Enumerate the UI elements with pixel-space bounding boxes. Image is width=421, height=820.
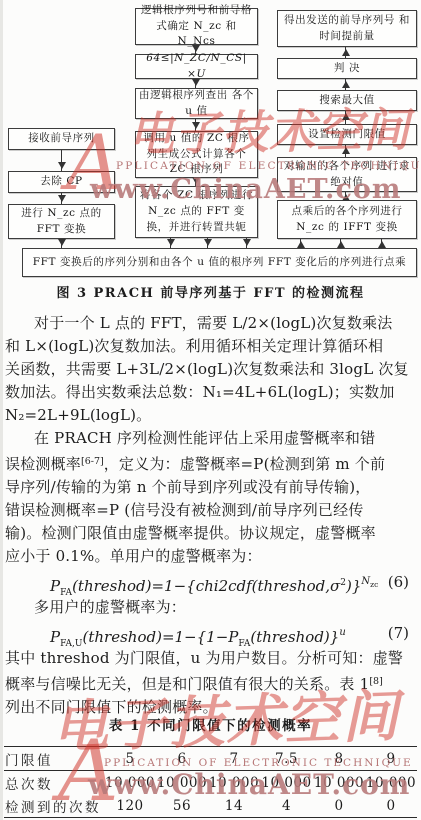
paper-page: 接收前导序列 去除 CP 进行 N_zc 点的 FFT 变换 逻辑根序列号和前导… [0, 0, 421, 820]
table-cell: 7 [208, 747, 260, 771]
table-cell: 14 [208, 794, 260, 818]
eq-body: (threshod)=1−{chi2cdf(threshod,σ [72, 577, 340, 595]
arrow-down-connector [57, 150, 66, 171]
table-cell: 10 000 [313, 771, 365, 795]
line-text: 概率与信噪比无关，但是和门限值有很大的关系。表 1 [5, 675, 369, 693]
equation-number: (7) [388, 619, 409, 647]
arrow-down-connector [57, 193, 66, 204]
paragraph-line: 其中 threshod 为门限值，u 为用户数目。分析可知：虚警 [5, 647, 417, 670]
arrow-up-connector [341, 145, 350, 157]
arrow-up-connector [341, 79, 350, 90]
flow-box-dot-product: FFT 变换后的序列分别和由各个 u 值的根序列 FFT 变化后的序列进行点乘 [22, 248, 417, 277]
flow-box-remove-cp: 去除 CP [8, 171, 115, 193]
table1-wrapper: 门限值 5 6 7 7.5 8 9 总次数 10 000 10 000 10 0… [4, 746, 417, 818]
eq-subscript: FA [60, 588, 72, 598]
eq-exponent: u [339, 627, 345, 638]
eq-symbol: P [50, 628, 60, 646]
table-cell: 10 000 [104, 771, 156, 795]
table-cell: 8 [313, 747, 365, 771]
eq-symbol: N [361, 576, 370, 587]
arrow-up-connector [341, 192, 350, 200]
row-label: 门限值 [4, 747, 104, 771]
line-text: 误检测概率 [5, 455, 81, 473]
table-cell: 10 000 [208, 771, 260, 795]
arrow-down-connector [57, 239, 66, 248]
paragraph-line: 输)。检测门限值由虚警概率提供。协议规定，虚警概率 [5, 522, 417, 545]
arrow-down-connector [191, 45, 200, 54]
paragraph-line: 导序列/传输的为第 n 个前导到序列或没有前导传输)， [5, 476, 417, 499]
eq-subscript: zc [370, 580, 378, 589]
paragraph-line: 概率与信噪比无关，但是和门限值有很大的关系。表 1[8] [5, 670, 417, 696]
paragraph-line: 多用户的虚警概率为： [5, 596, 417, 619]
flow-box-receive-preamble: 接收前导序列 [8, 128, 115, 150]
arrow-down-connector [203, 238, 212, 248]
flow-box-fft-transpose: 将各个 ZC 根序列进行 N_zc 点的 FFT 变换，并进行转置共轭 [135, 186, 258, 238]
flow-box-lookup-u: 由逻辑根序列查出 各个 u 值 [135, 88, 258, 119]
table-cell: 7.5 [260, 747, 313, 771]
equation-number: (6) [388, 568, 409, 596]
table-row: 门限值 5 6 7 7.5 8 9 [4, 747, 417, 771]
table-cell: 10 000 [156, 771, 208, 795]
arrow-up-connector [377, 239, 386, 248]
eq-body: (threshod)=1−{1−P [83, 628, 239, 646]
table-cell: 120 [104, 794, 156, 818]
arrow-down-connector [242, 238, 251, 248]
table-cell: 5 [104, 747, 156, 771]
eq-exponent: Nzc [361, 576, 378, 587]
table-cell: 0 [365, 794, 417, 818]
arrow-up-connector [296, 239, 305, 248]
paragraph-line: 在 PRACH 序列检测性能评估上采用虚警概率和错 [5, 427, 417, 450]
flow-box-generate-zc: 调用 u 值的 ZC 根序列生成公式计算各个 ZC 根序列 [135, 131, 258, 178]
paragraph-line: N₂=2L+9L(logL)。 [5, 404, 417, 427]
arrow-down-connector [191, 119, 200, 131]
eq-symbol: P [50, 577, 60, 595]
flow-box-abs-value: 对输出的各个序列 进行求绝对值 [277, 157, 417, 192]
table-row: 检测到的次数 120 56 14 4 0 0 [4, 794, 417, 818]
arrow-up-connector [341, 47, 350, 58]
paragraph-line: 关函数，共需要 L+3L/2×(logL)次复数乘法和 3logL 次复 [5, 358, 417, 381]
arrow-up-connector [341, 111, 350, 124]
flow-box-set-threshold: 设置检测门限值 [277, 124, 417, 145]
table1-caption: 表 1 不同门限值下的检测概率 [0, 714, 421, 734]
eq-subscript: FA [238, 639, 250, 649]
flow-box-ifft: 点乘后的各个序列进行 N_zc 的 IFFT 变换 [277, 200, 417, 239]
table-cell: 10 000 [260, 771, 313, 795]
arrow-up-connector [336, 239, 345, 248]
table-cell: 10 000 [365, 771, 417, 795]
table-row: 总次数 10 000 10 000 10 000 10 000 10 000 1… [4, 771, 417, 795]
citation-ref: [8] [369, 676, 382, 687]
table-cell: 4 [260, 794, 313, 818]
row-label: 检测到的次数 [4, 794, 104, 818]
table-cell: 0 [313, 794, 365, 818]
eq-body: (threshod)} [250, 628, 339, 646]
arrow-down-connector [191, 178, 200, 186]
eq-subscript: FA,U [60, 639, 82, 649]
paragraph-line: 对于一个 L 点的 FFT，需要 L/2×(logL)次复数乘法 [5, 312, 417, 335]
paragraph-line: 数加法。得出实数乘法总数：N₁=4L+6L(logL)；实数加 [5, 381, 417, 404]
equation-6: PFA(threshod)=1−{chi2cdf(threshod,σ2)}Nz… [5, 568, 417, 596]
paragraph-line: 误检测概率[6-7]，定义为：虚警概率=P(检测到第 m 个前 [5, 450, 417, 476]
table-cell: 6 [156, 747, 208, 771]
paragraph-line: 和 L×(logL)次复数加法。利用循环相关定理计算循环相 [5, 335, 417, 358]
eq-body: )} [346, 577, 361, 595]
equation-7: PFA,U(threshod)=1−{1−PFA(threshod)}u (7) [5, 619, 417, 647]
flow-box-condition: 64≤|N_ZC/N_CS|×U [135, 54, 258, 79]
flow-box-search-max: 搜索最大值 [277, 90, 417, 111]
figure3-caption: 图 3 PRACH 前导序列基于 FFT 的检测流程 [0, 282, 421, 301]
body-text: 对于一个 L 点的 FFT，需要 L/2×(logL)次复数乘法 和 L×(lo… [5, 312, 417, 719]
flow-box-result: 得出发送的前导序列号 和时间提前量 [277, 10, 417, 47]
figure3-flowchart: 接收前导序列 去除 CP 进行 N_zc 点的 FFT 变换 逻辑根序列号和前导… [0, 0, 421, 302]
arrow-down-connector [166, 238, 175, 248]
paragraph-line: 应小于 0.1%。单用户的虚警概率为： [5, 545, 417, 568]
arrow-down-connector [191, 79, 200, 88]
flow-box-logical-root: 逻辑根序列号和前导格式确定 N_zc 和 N_Ncs [135, 8, 258, 45]
table-1: 门限值 5 6 7 7.5 8 9 总次数 10 000 10 000 10 0… [4, 746, 417, 818]
flow-box-fft-nzc: 进行 N_zc 点的 FFT 变换 [8, 204, 115, 239]
row-label: 总次数 [4, 771, 104, 795]
line-text: ，定义为：虚警概率=P(检测到第 m 个前 [104, 455, 385, 473]
table-cell: 56 [156, 794, 208, 818]
paragraph-line: 错误检测概率=P (信号没有被检测到/前导序列已经传 [5, 499, 417, 522]
citation-ref: [6-7] [81, 456, 104, 467]
table-cell: 9 [365, 747, 417, 771]
flow-box-decision: 判 决 [277, 58, 417, 79]
